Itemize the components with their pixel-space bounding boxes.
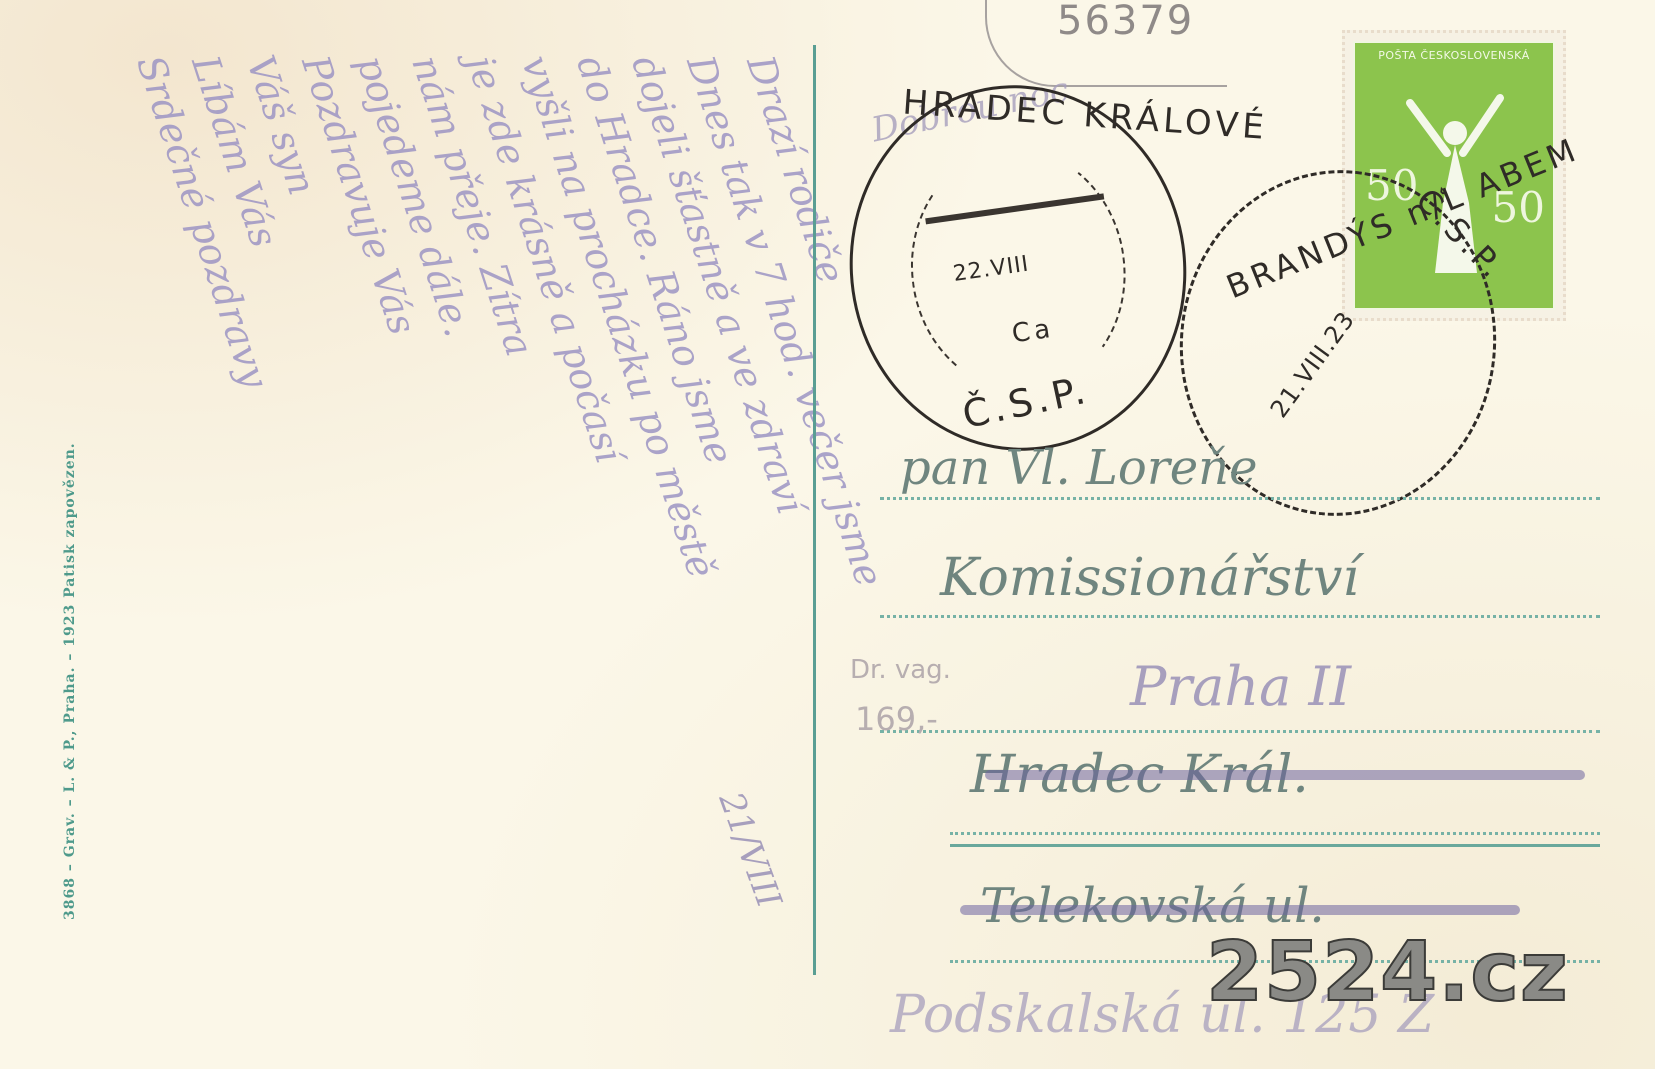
watermark: 2524.cz: [1206, 925, 1569, 1020]
pencil-price: 169,-: [855, 700, 938, 738]
pencil-note: Dr. vag.: [850, 655, 951, 685]
center-divider: [813, 45, 816, 975]
postcard: Drazí rodiče Dnes tak v 7 hod. večer jsm…: [0, 0, 1655, 1069]
handwritten-message: Drazí rodiče Dnes tak v 7 hod. večer jsm…: [90, 40, 790, 1050]
address-line-rule-solid: [950, 844, 1600, 847]
stamp-country-text: POŠTA ČESKOSLOVENSKÁ: [1355, 49, 1553, 62]
address-line-name: pan Vl. Loreňe: [900, 440, 1258, 496]
address-line-rule: [880, 615, 1600, 618]
address-line-rule: [880, 730, 1600, 733]
address-line-rule: [880, 497, 1600, 500]
publisher-imprint: 3868 – Grav. – L. & P., Praha. – 1923 Pa…: [62, 442, 78, 920]
strikethrough: [960, 905, 1520, 915]
address-line-firm: Komissionářství: [940, 548, 1359, 608]
address-line-city: Praha II: [1130, 655, 1351, 718]
catalog-number: 56379: [985, 0, 1227, 87]
message-date: 21/VIII: [711, 787, 789, 913]
address-line-rule: [950, 832, 1600, 835]
strikethrough: [985, 770, 1585, 780]
